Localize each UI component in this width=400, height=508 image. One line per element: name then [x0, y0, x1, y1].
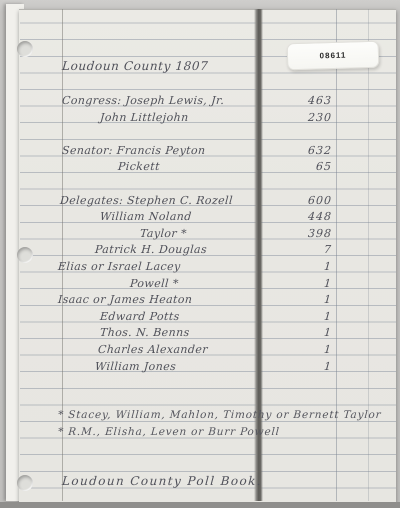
- barcode-number: 08611: [319, 51, 346, 61]
- candidate-name: Pickett: [117, 159, 160, 174]
- candidate-name: Congress: Joseph Lewis, Jr.: [61, 93, 224, 108]
- page-footer: Loudoun County Poll Book.: [61, 474, 262, 489]
- page-title: Loudoun County 1807: [61, 59, 208, 74]
- candidate-name: Edward Potts: [99, 309, 180, 324]
- vote-count: 1: [271, 292, 332, 307]
- right-column-rule: [368, 9, 369, 501]
- footnote-taylor: * Stacey, William, Mahlon, Timothy or Be…: [57, 408, 381, 423]
- vote-count: 1: [271, 309, 332, 324]
- candidate-name: Senator: Francis Peyton: [61, 143, 206, 158]
- candidate-name: William Noland: [99, 209, 192, 224]
- candidate-name: Patrick H. Douglas: [94, 242, 207, 257]
- candidate-name: John Littlejohn: [99, 110, 189, 125]
- candidate-name: Elias or Israel Lacey: [57, 259, 181, 274]
- candidate-name: William Jones: [94, 359, 176, 374]
- candidate-name: Thos. N. Benns: [99, 325, 190, 340]
- vote-count: 1: [271, 276, 332, 291]
- vote-count: 600: [271, 193, 332, 208]
- footnote-powell: * R.M., Elisha, Leven or Burr Powell: [57, 425, 280, 440]
- barcode-sticker: 08611: [287, 41, 380, 71]
- vote-column-rule: [336, 9, 337, 501]
- candidate-name: Charles Alexander: [97, 342, 208, 357]
- vote-count: 632: [271, 143, 332, 158]
- candidate-name: Delegates: Stephen C. Rozell: [59, 193, 233, 208]
- vote-count: 1: [271, 342, 332, 357]
- vote-count: 398: [271, 226, 332, 241]
- vote-count: 448: [271, 209, 332, 224]
- scanned-document: 08611 Loudoun County 1807 Congress: Jose…: [0, 0, 400, 508]
- vote-count: 463: [271, 93, 332, 108]
- vote-count: 1: [271, 359, 332, 374]
- vote-count: 1: [271, 259, 332, 274]
- candidate-name: Taylor *: [139, 226, 187, 241]
- vote-count: 230: [271, 110, 332, 125]
- candidate-name: Isaac or James Heaton: [57, 292, 192, 307]
- candidate-name: Powell *: [129, 276, 179, 291]
- vote-count: 65: [271, 159, 332, 174]
- scan-bed-bottom: [0, 502, 400, 508]
- vote-count: 1: [271, 325, 332, 340]
- hole-punch-top: [17, 41, 33, 57]
- hole-punch-middle: [17, 247, 33, 263]
- hole-punch-bottom: [17, 475, 33, 491]
- vote-count: 7: [271, 242, 332, 257]
